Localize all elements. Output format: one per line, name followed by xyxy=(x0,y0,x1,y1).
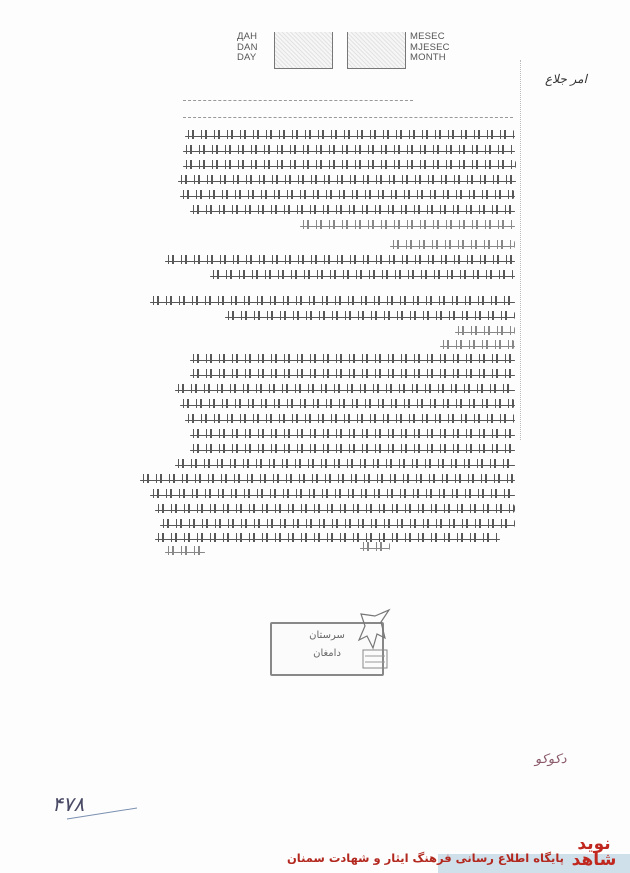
handwriting-line xyxy=(150,489,515,498)
handwriting-line xyxy=(183,145,515,154)
handwriting-line xyxy=(190,369,515,378)
handwriting-line xyxy=(180,190,515,199)
handwriting-line xyxy=(190,354,515,363)
handwriting-line xyxy=(185,414,515,423)
day-label: ДАН DAN DAY xyxy=(237,32,258,64)
closing-word xyxy=(360,542,390,551)
watermark-logo: نوید شاهد xyxy=(566,836,622,870)
handwriting-line xyxy=(455,326,515,335)
handwriting-line xyxy=(183,160,516,169)
handwriting-line xyxy=(178,175,516,184)
handwriting-line xyxy=(160,519,515,528)
month-label: MESEC MJESEC MONTH xyxy=(410,32,450,64)
handwriting-line xyxy=(180,399,515,408)
handwriting-line xyxy=(175,384,515,393)
handwriting-line xyxy=(190,205,515,214)
margin-note: امر جلاع xyxy=(545,72,587,86)
handwriting-line xyxy=(150,296,515,305)
reviewer-signature: دکوکو xyxy=(535,752,567,767)
closing-signature xyxy=(165,546,205,555)
handwriting-line xyxy=(140,474,515,483)
handwriting-line xyxy=(225,311,515,320)
handwriting-line xyxy=(155,533,500,542)
handwriting-line xyxy=(300,220,515,229)
margin-line xyxy=(520,60,521,440)
underline-stroke-icon xyxy=(65,805,140,823)
emblem-icon xyxy=(355,608,395,678)
handwriting-line xyxy=(175,459,515,468)
handwriting-line xyxy=(210,270,515,279)
handwriting-line xyxy=(440,340,515,349)
ruled-line xyxy=(183,117,513,118)
handwriting-line xyxy=(165,255,515,264)
handwriting-line xyxy=(185,130,515,139)
handwriting-line xyxy=(155,504,515,513)
watermark-tagline: پایگاه اطلاع رسانی فرهنگ ایثار و شهادت س… xyxy=(287,851,564,865)
handwriting-line xyxy=(190,429,515,438)
day-box xyxy=(274,32,333,69)
scanned-letter-page: ДАН DAN DAY MESEC MJESEC MONTH امر جلاع xyxy=(0,0,630,873)
month-box xyxy=(347,32,406,69)
handwriting-line xyxy=(390,240,515,249)
ruled-line xyxy=(183,100,413,101)
handwriting-line xyxy=(190,444,515,453)
